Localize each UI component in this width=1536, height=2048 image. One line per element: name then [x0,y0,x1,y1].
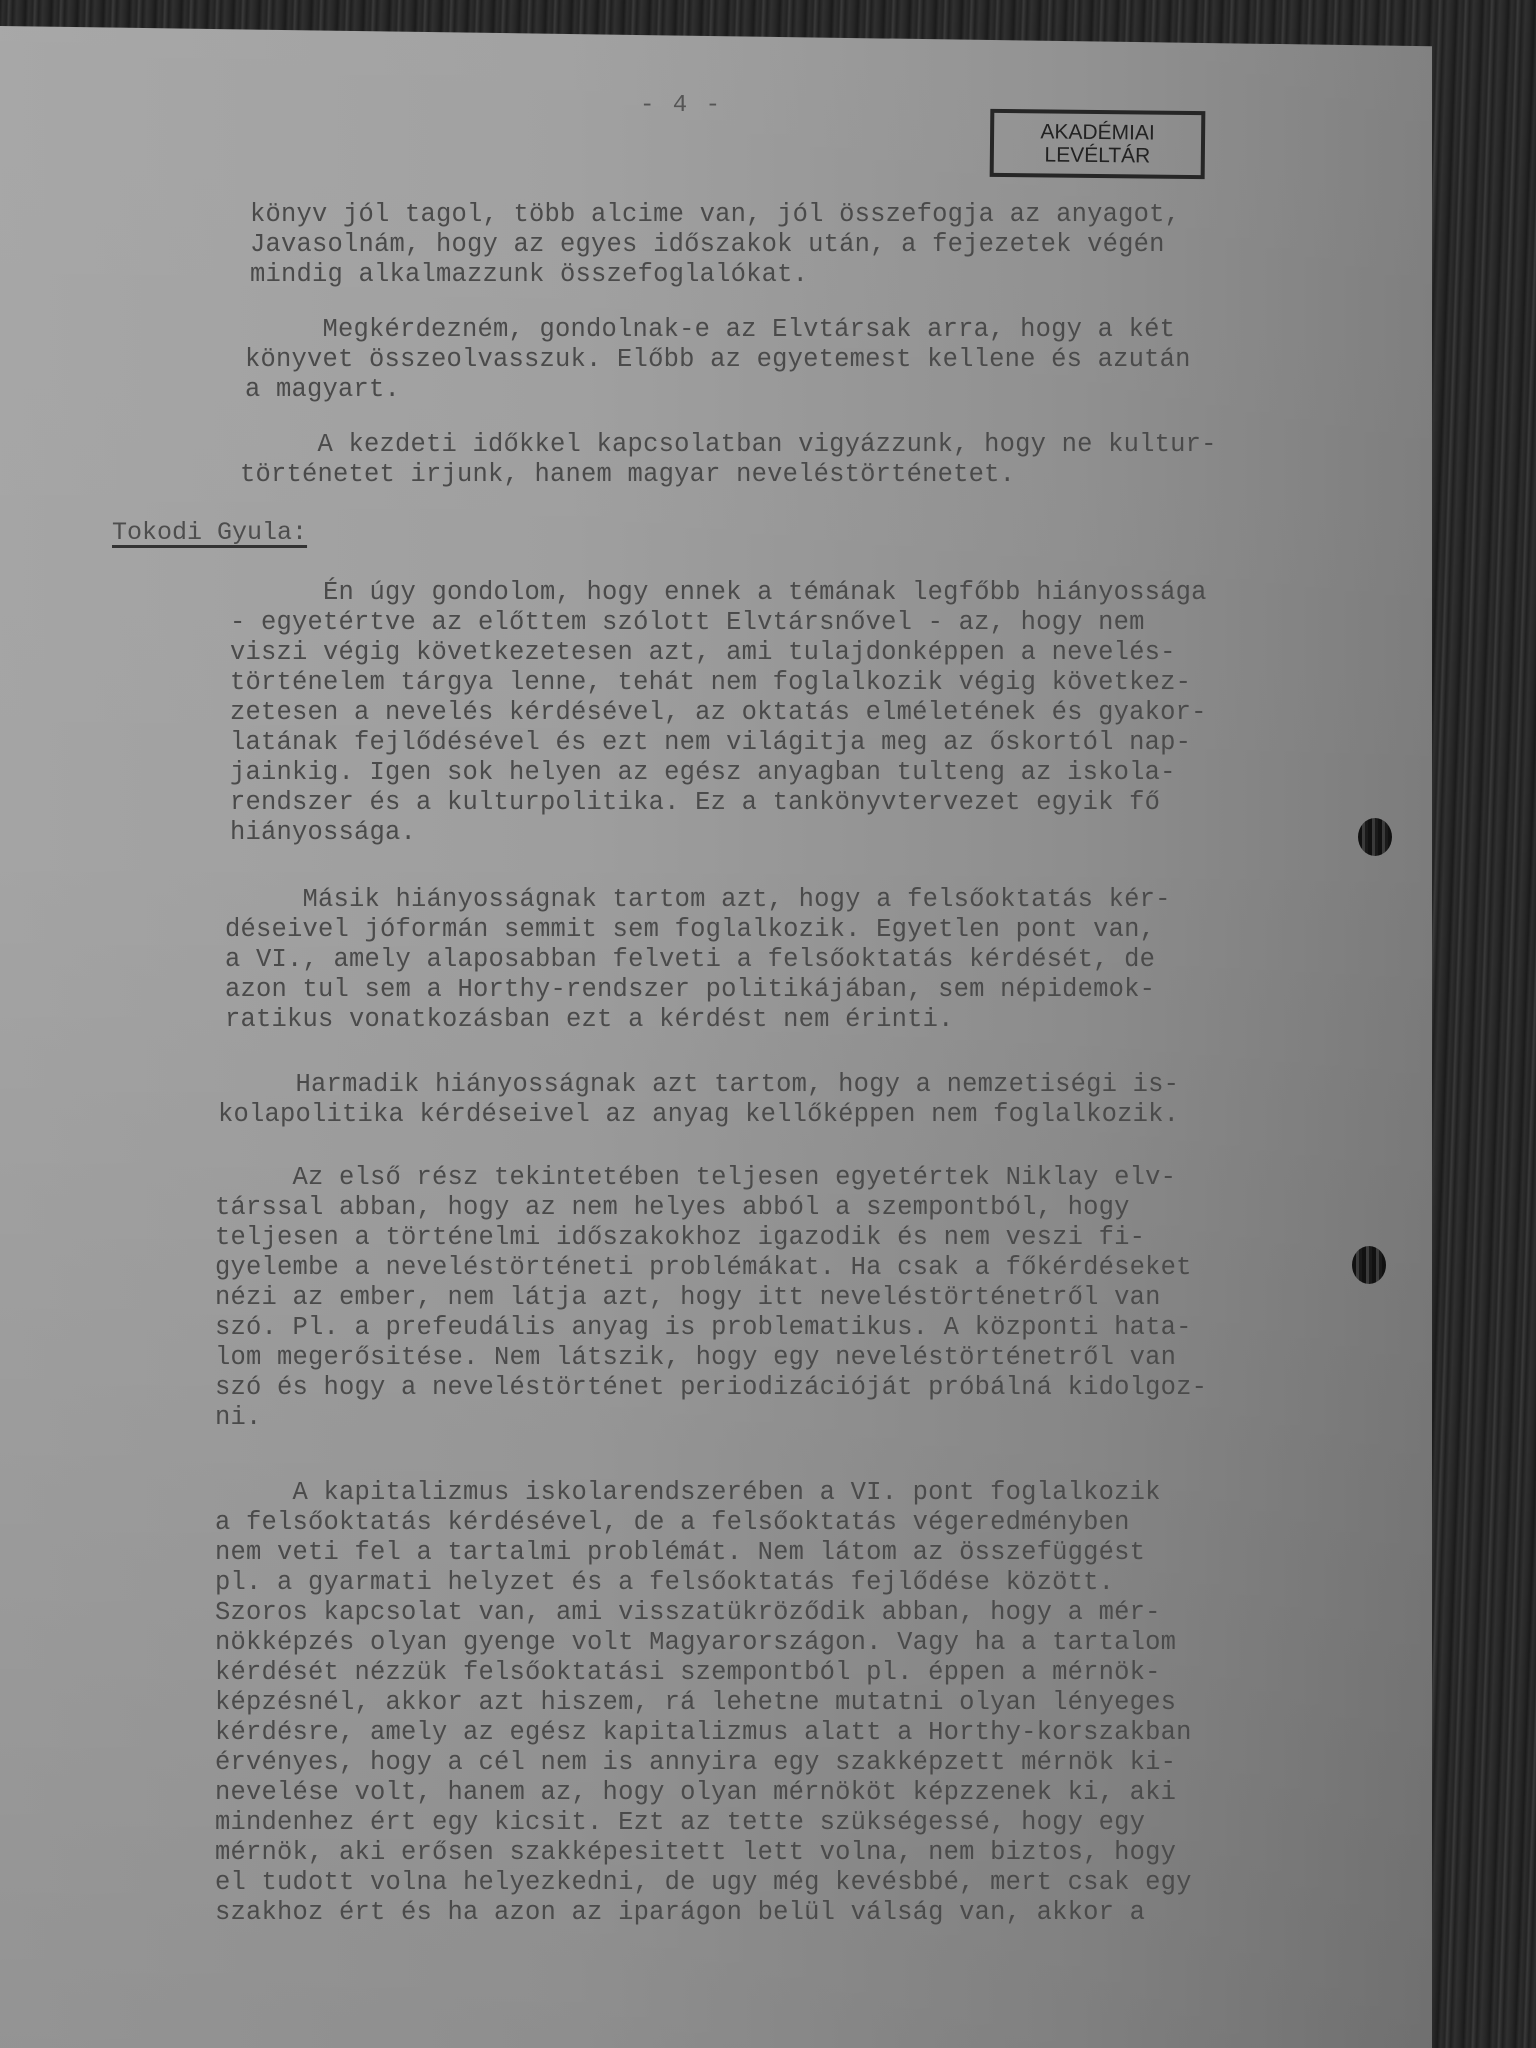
text-line: könyvet összeolvasszuk. Előbb az egyetem… [245,345,1191,375]
text-line: nem veti fel a tartalmi problémát. Nem l… [215,1538,1192,1568]
paragraph-7: Az első rész tekintetében teljesen egyet… [215,1163,1207,1433]
text-line: Másik hiányosságnak tartom azt, hogy a f… [225,885,1171,915]
punch-hole-upper [1358,818,1392,856]
paragraph-1: könyv jól tagol, több alcime van, jól ös… [250,200,1180,290]
paragraph-4: Én úgy gondolom, hogy ennek a témának le… [230,578,1207,848]
text-line: déseivel jóformán semmit sem foglalkozik… [225,915,1171,945]
text-line: - egyetértve az előttem szólott Elvtársn… [230,608,1207,638]
text-line: lom megerősitése. Nem látszik, hogy egy … [215,1343,1207,1373]
text-line: Megkérdezném, gondolnak-e az Elvtársak a… [245,315,1191,345]
text-line: nézi az ember, nem látja azt, hogy itt n… [215,1283,1207,1313]
text-line: ratikus vonatkozásban ezt a kérdést nem … [225,1005,1171,1035]
text-line: azon tul sem a Horthy-rendszer politikáj… [225,975,1171,1005]
text-line: rendszer és a kulturpolitika. Ez a tankö… [230,788,1207,818]
text-line: gyelembe a neveléstörténeti problémákat.… [215,1253,1207,1283]
text-line: kérdésre, amely az egész kapitalizmus al… [215,1718,1192,1748]
text-line: szó. Pl. a prefeudális anyag is problema… [215,1313,1207,1343]
text-line: jainkig. Igen sok helyen az egész anyagb… [230,758,1207,788]
text-line: a magyart. [245,375,1191,405]
text-line: latának fejlődésével és ezt nem világitj… [230,728,1207,758]
archive-stamp: AKADÉMIAI LEVÉLTÁR [990,109,1206,179]
text-line: ni. [215,1403,1207,1433]
paragraph-3: A kezdeti időkkel kapcsolatban vigyázzun… [240,430,1217,490]
text-line: teljesen a történelmi időszakokhoz igazo… [215,1223,1207,1253]
page-number: - 4 - [640,92,722,119]
text-line: könyv jól tagol, több alcime van, jól ös… [250,200,1180,230]
paragraph-2: Megkérdezném, gondolnak-e az Elvtársak a… [245,315,1191,405]
punch-hole-lower [1352,1246,1386,1284]
text-line: a VI., amely alaposabban felveti a felső… [225,945,1171,975]
text-line: szó és hogy a neveléstörténet periodizác… [215,1373,1207,1403]
text-line: társsal abban, hogy az nem helyes abból … [215,1193,1207,1223]
text-line: kérdését nézzük felsőoktatási szempontbó… [215,1658,1192,1688]
stamp-line-2: LEVÉLTÁR [1044,143,1150,167]
text-line: Szoros kapcsolat van, ami visszatükröződ… [215,1598,1192,1628]
text-line: hiányossága. [230,818,1207,848]
text-line: Az első rész tekintetében teljesen egyet… [215,1163,1207,1193]
text-line: mérnök, aki erősen szakképesitett lett v… [215,1838,1192,1868]
text-line: történetet irjunk, hanem magyar nevelést… [240,460,1217,490]
text-line: a felsőoktatás kérdésével, de a felsőokt… [215,1508,1192,1538]
text-line: nevelése volt, hanem az, hogy olyan mérn… [215,1778,1192,1808]
speaker-heading: Tokodi Gyula: [112,518,307,547]
text-line: A kezdeti időkkel kapcsolatban vigyázzun… [240,430,1217,460]
text-line: történelem tárgya lenne, tehát nem fogla… [230,668,1207,698]
text-line: el tudott volna helyezkedni, de ugy még … [215,1868,1192,1898]
text-line: kolapolitika kérdéseivel az anyag kellők… [218,1100,1179,1130]
text-line: pl. a gyarmati helyzet és a felsőoktatás… [215,1568,1192,1598]
stamp-line-1: AKADÉMIAI [1040,120,1155,144]
text-line: zetesen a nevelés kérdésével, az oktatás… [230,698,1207,728]
text-line: érvényes, hogy a cél nem is annyira egy … [215,1748,1192,1778]
text-line: mindig alkalmazzunk összefoglalókat. [250,260,1180,290]
text-line: szakhoz ért és ha azon az iparágon belül… [215,1898,1192,1928]
paragraph-6: Harmadik hiányosságnak azt tartom, hogy … [218,1070,1179,1130]
text-line: képzésnél, akkor azt hiszem, rá lehetne … [215,1688,1192,1718]
text-line: viszi végig következetesen azt, ami tula… [230,638,1207,668]
text-line: Én úgy gondolom, hogy ennek a témának le… [230,578,1207,608]
text-line: mindenhez ért egy kicsit. Ezt az tette s… [215,1808,1192,1838]
text-line: nökképzés olyan gyenge volt Magyarország… [215,1628,1192,1658]
text-line: Harmadik hiányosságnak azt tartom, hogy … [218,1070,1179,1100]
paragraph-5: Másik hiányosságnak tartom azt, hogy a f… [225,885,1171,1035]
text-line: Javasolnám, hogy az egyes időszakok után… [250,230,1180,260]
paragraph-8: A kapitalizmus iskolarendszerében a VI. … [215,1478,1192,1928]
text-line: A kapitalizmus iskolarendszerében a VI. … [215,1478,1192,1508]
